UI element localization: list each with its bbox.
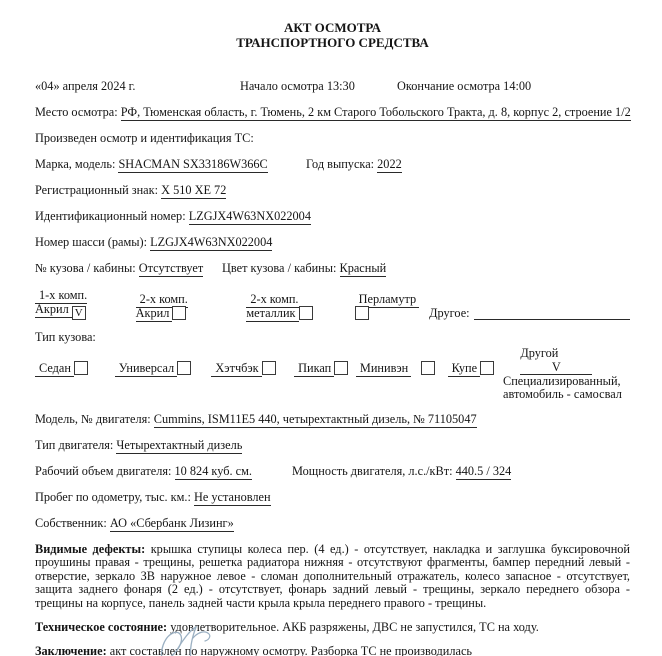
engine-volume-value: 10 824 куб. см. [175, 464, 252, 480]
body-type-minivan: Минивэн [356, 361, 448, 375]
paint-option-pearl: Перламутр [355, 292, 420, 320]
document-title: АКТ ОСМОТРА ТРАНСПОРТНОГО СРЕДСТВА [35, 20, 630, 50]
owner-value: АО «Сбербанк Лизинг» [110, 516, 234, 532]
vin-row: Идентификационный номер: LZGJX4W63NX0220… [35, 210, 630, 223]
engine-volume-row: Рабочий объем двигателя: 10 824 куб. см.… [35, 465, 630, 478]
body-type-other-mark: V [520, 361, 592, 375]
vin-value: LZGJX4W63NX022004 [189, 209, 311, 225]
paint-option-acrylic-1: 1-х комп. АкрилV [35, 288, 115, 320]
body-type-other-desc-2: автомобиль - самосвал [503, 388, 630, 401]
body-number-cell: № кузова / кабины: Отсутствует [35, 262, 222, 275]
make-value: SHACMAN SX33186W366C [118, 157, 267, 173]
engine-power-label: Мощность двигателя, л.с./кВт: [292, 464, 453, 478]
inspection-note: Произведен осмотр и идентификация ТС: [35, 132, 630, 145]
mileage-value: Не установлен [194, 490, 271, 506]
inspection-date: «04» апреля 2024 г. [35, 80, 240, 93]
paint-type-row: 1-х комп. АкрилV 2-х комп. Акрил 2-х ком… [35, 288, 630, 320]
place-row: Место осмотра: РФ, Тюменская область, г.… [35, 106, 630, 119]
place-value: РФ, Тюменская область, г. Тюмень, 2 км С… [121, 105, 631, 121]
defects-label: Видимые дефекты: [35, 542, 145, 556]
body-number-row: № кузова / кабины: ОтсутствуетЦвет кузов… [35, 262, 630, 275]
header-row: «04» апреля 2024 г.Начало осмотра 13:30О… [35, 80, 630, 93]
paint-option-metallic-checkbox [299, 306, 313, 320]
document-title-line2: ТРАНСПОРТНОГО СРЕДСТВА [35, 35, 630, 50]
paint-other-label: Другое: [429, 306, 469, 320]
body-type-minivan-label: Минивэн [356, 361, 411, 377]
body-type-coupe: Купе [448, 361, 521, 375]
mileage-label: Пробег по одометру, тыс. км.: [35, 490, 191, 504]
signature-mark [133, 622, 253, 656]
vin-label: Идентификационный номер: [35, 209, 186, 223]
engine-volume-cell: Рабочий объем двигателя: 10 824 куб. см. [35, 465, 292, 478]
condition-paragraph: Техническое состояние: удовлетворительно… [35, 621, 630, 634]
place-label: Место осмотра: [35, 105, 118, 119]
body-type-sedan-checkbox [74, 361, 88, 375]
engine-power-cell: Мощность двигателя, л.с./кВт: 440.5 / 32… [292, 465, 511, 478]
paint-option-acrylic-2-checkbox [172, 306, 186, 320]
body-color-cell: Цвет кузова / кабины: Красный [222, 262, 386, 275]
body-type-wagon-checkbox [177, 361, 191, 375]
conclusion-label: Заключение: [35, 644, 107, 656]
body-type-other-label: Другой [520, 346, 558, 360]
engine-model-value: Cummins, ISM11E5 440, четырехтактный диз… [154, 412, 477, 428]
body-type-other: ДругойV [520, 346, 630, 375]
engine-type-row: Тип двигателя: Четырехтактный дизель [35, 439, 630, 452]
document-page: АКТ ОСМОТРА ТРАНСПОРТНОГО СРЕДСТВА «04» … [0, 0, 662, 656]
body-color-value: Красный [340, 261, 387, 277]
body-type-wagon: Универсал [115, 361, 212, 375]
chassis-label: Номер шасси (рамы): [35, 235, 147, 249]
body-number-value: Отсутствует [139, 261, 203, 277]
body-type-coupe-checkbox [480, 361, 494, 375]
year-cell: Год выпуска: 2022 [306, 158, 402, 171]
chassis-row: Номер шасси (рамы): LZGJX4W63NX022004 [35, 236, 630, 249]
reg-label: Регистрационный знак: [35, 183, 158, 197]
engine-power-value: 440.5 / 324 [456, 464, 512, 480]
body-type-sedan: Седан [35, 361, 115, 375]
inspection-end-time: Окончание осмотра 14:00 [397, 80, 531, 93]
body-type-pickup-checkbox [334, 361, 348, 375]
engine-type-value: Четырехтактный дизель [116, 438, 242, 454]
paint-option-pearl-checkbox [355, 306, 369, 320]
paint-option-acrylic-1-checkbox: V [72, 306, 86, 320]
paint-option-metallic-label: 2-х комп. металлик [246, 292, 298, 322]
owner-label: Собственник: [35, 516, 107, 530]
body-type-title: Тип кузова: [35, 331, 630, 344]
body-type-pickup-label: Пикап [294, 361, 334, 377]
engine-volume-label: Рабочий объем двигателя: [35, 464, 171, 478]
year-value: 2022 [377, 157, 402, 173]
mileage-row: Пробег по одометру, тыс. км.: Не установ… [35, 491, 630, 504]
body-type-sedan-label: Седан [35, 361, 74, 377]
paint-option-acrylic-2: 2-х комп. Акрил [136, 292, 216, 320]
engine-type-label: Тип двигателя: [35, 438, 113, 452]
make-row: Марка, модель: SHACMAN SX33186W366CГод в… [35, 158, 630, 171]
paint-other-blank-line [474, 307, 630, 320]
year-label: Год выпуска: [306, 157, 374, 171]
body-type-hatchback: Хэтчбэк [211, 361, 294, 375]
body-type-wagon-label: Универсал [115, 361, 177, 377]
conclusion-paragraph: Заключение: акт составлен по наружному о… [35, 645, 630, 656]
inspection-start-time: Начало осмотра 13:30 [240, 80, 397, 93]
body-type-hatchback-label: Хэтчбэк [211, 361, 261, 377]
reg-row: Регистрационный знак: X 510 XE 72 [35, 184, 630, 197]
body-type-hatchback-checkbox [262, 361, 276, 375]
body-color-label: Цвет кузова / кабины: [222, 261, 336, 275]
body-number-label: № кузова / кабины: [35, 261, 136, 275]
chassis-value: LZGJX4W63NX022004 [150, 235, 272, 251]
owner-row: Собственник: АО «Сбербанк Лизинг» [35, 517, 630, 530]
defects-paragraph: Видимые дефекты: крышка ступицы колеса п… [35, 543, 630, 610]
document-title-line1: АКТ ОСМОТРА [35, 20, 630, 35]
body-type-coupe-label: Купе [448, 361, 480, 377]
body-type-minivan-checkbox [421, 361, 435, 375]
engine-model-label: Модель, № двигателя: [35, 412, 151, 426]
make-cell: Марка, модель: SHACMAN SX33186W366C [35, 158, 306, 171]
reg-value: X 510 XE 72 [161, 183, 226, 199]
engine-model-row: Модель, № двигателя: Cummins, ISM11E5 44… [35, 413, 630, 426]
body-type-pickup: Пикап [294, 361, 356, 375]
paint-option-metallic: 2-х комп. металлик [246, 292, 337, 320]
body-type-row: Седан Универсал Хэтчбэк Пикап Минивэн Ку… [35, 346, 630, 375]
make-label: Марка, модель: [35, 157, 115, 171]
